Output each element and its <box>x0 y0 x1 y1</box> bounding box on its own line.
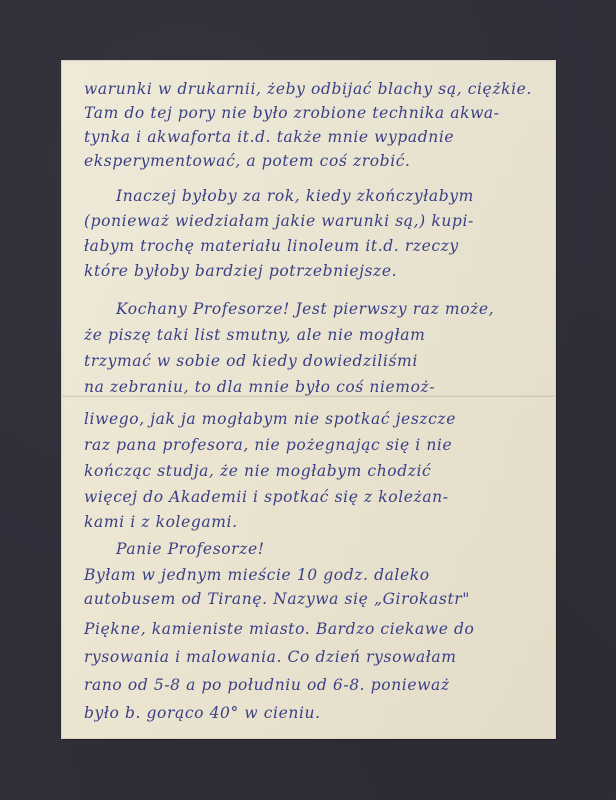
letter-line: tynka i akwaforta it.d. także mnie wypad… <box>84 127 454 147</box>
letter-line: Panie Profesorze! <box>116 539 265 559</box>
letter-line: rano od 5-8 a po południu od 6-8. poniew… <box>84 675 450 695</box>
letter-line: na zebraniu, to dla mnie było coś niemoż… <box>84 377 435 397</box>
letter-line: warunki w drukarnii, żeby odbijać blachy… <box>84 79 532 99</box>
letter-line: było b. gorąco 40° w cieniu. <box>84 703 321 723</box>
letter-line: Inaczej byłoby za rok, kiedy zkończyłaby… <box>116 186 474 206</box>
letter-line: autobusem od Tiranę. Nazywa się „Girokas… <box>84 589 470 609</box>
letter-line: że piszę taki list smutny, ale nie mogła… <box>84 325 425 345</box>
letter-line: trzymać w sobie od kiedy dowiedziliśmi <box>84 351 418 371</box>
letter-line: Piękne, kamieniste miasto. Bardzo ciekaw… <box>84 619 475 639</box>
letter-line: więcej do Akademii i spotkać się z koleż… <box>84 487 449 507</box>
letter-line: Byłam w jednym mieście 10 godz. daleko <box>84 565 430 585</box>
letter-line: eksperymentować, a potem coś zrobić. <box>84 151 411 171</box>
letter-line: raz pana profesora, nie pożegnając się i… <box>84 435 452 455</box>
letter-line: które byłoby bardziej potrzebniejsze. <box>84 261 397 281</box>
letter-line: liwego, jak ja mogłabym nie spotkać jesz… <box>84 409 456 429</box>
letter-line: łabym trochę materiału linoleum it.d. rz… <box>84 236 459 256</box>
letter-line: Tam do tej pory nie było zrobione techni… <box>84 103 500 123</box>
letter-line: Kochany Profesorze! Jest pierwszy raz mo… <box>116 299 494 319</box>
letter-page: warunki w drukarnii, żeby odbijać blachy… <box>62 61 555 738</box>
letter-line: kończąc studja, że nie mogłabym chodzić <box>84 461 431 481</box>
letter-line: kami i z kolegami. <box>84 512 238 532</box>
letter-line: rysowania i malowania. Co dzień rysowała… <box>84 647 457 667</box>
letter-line: (ponieważ wiedziałam jakie warunki są,) … <box>84 211 474 231</box>
